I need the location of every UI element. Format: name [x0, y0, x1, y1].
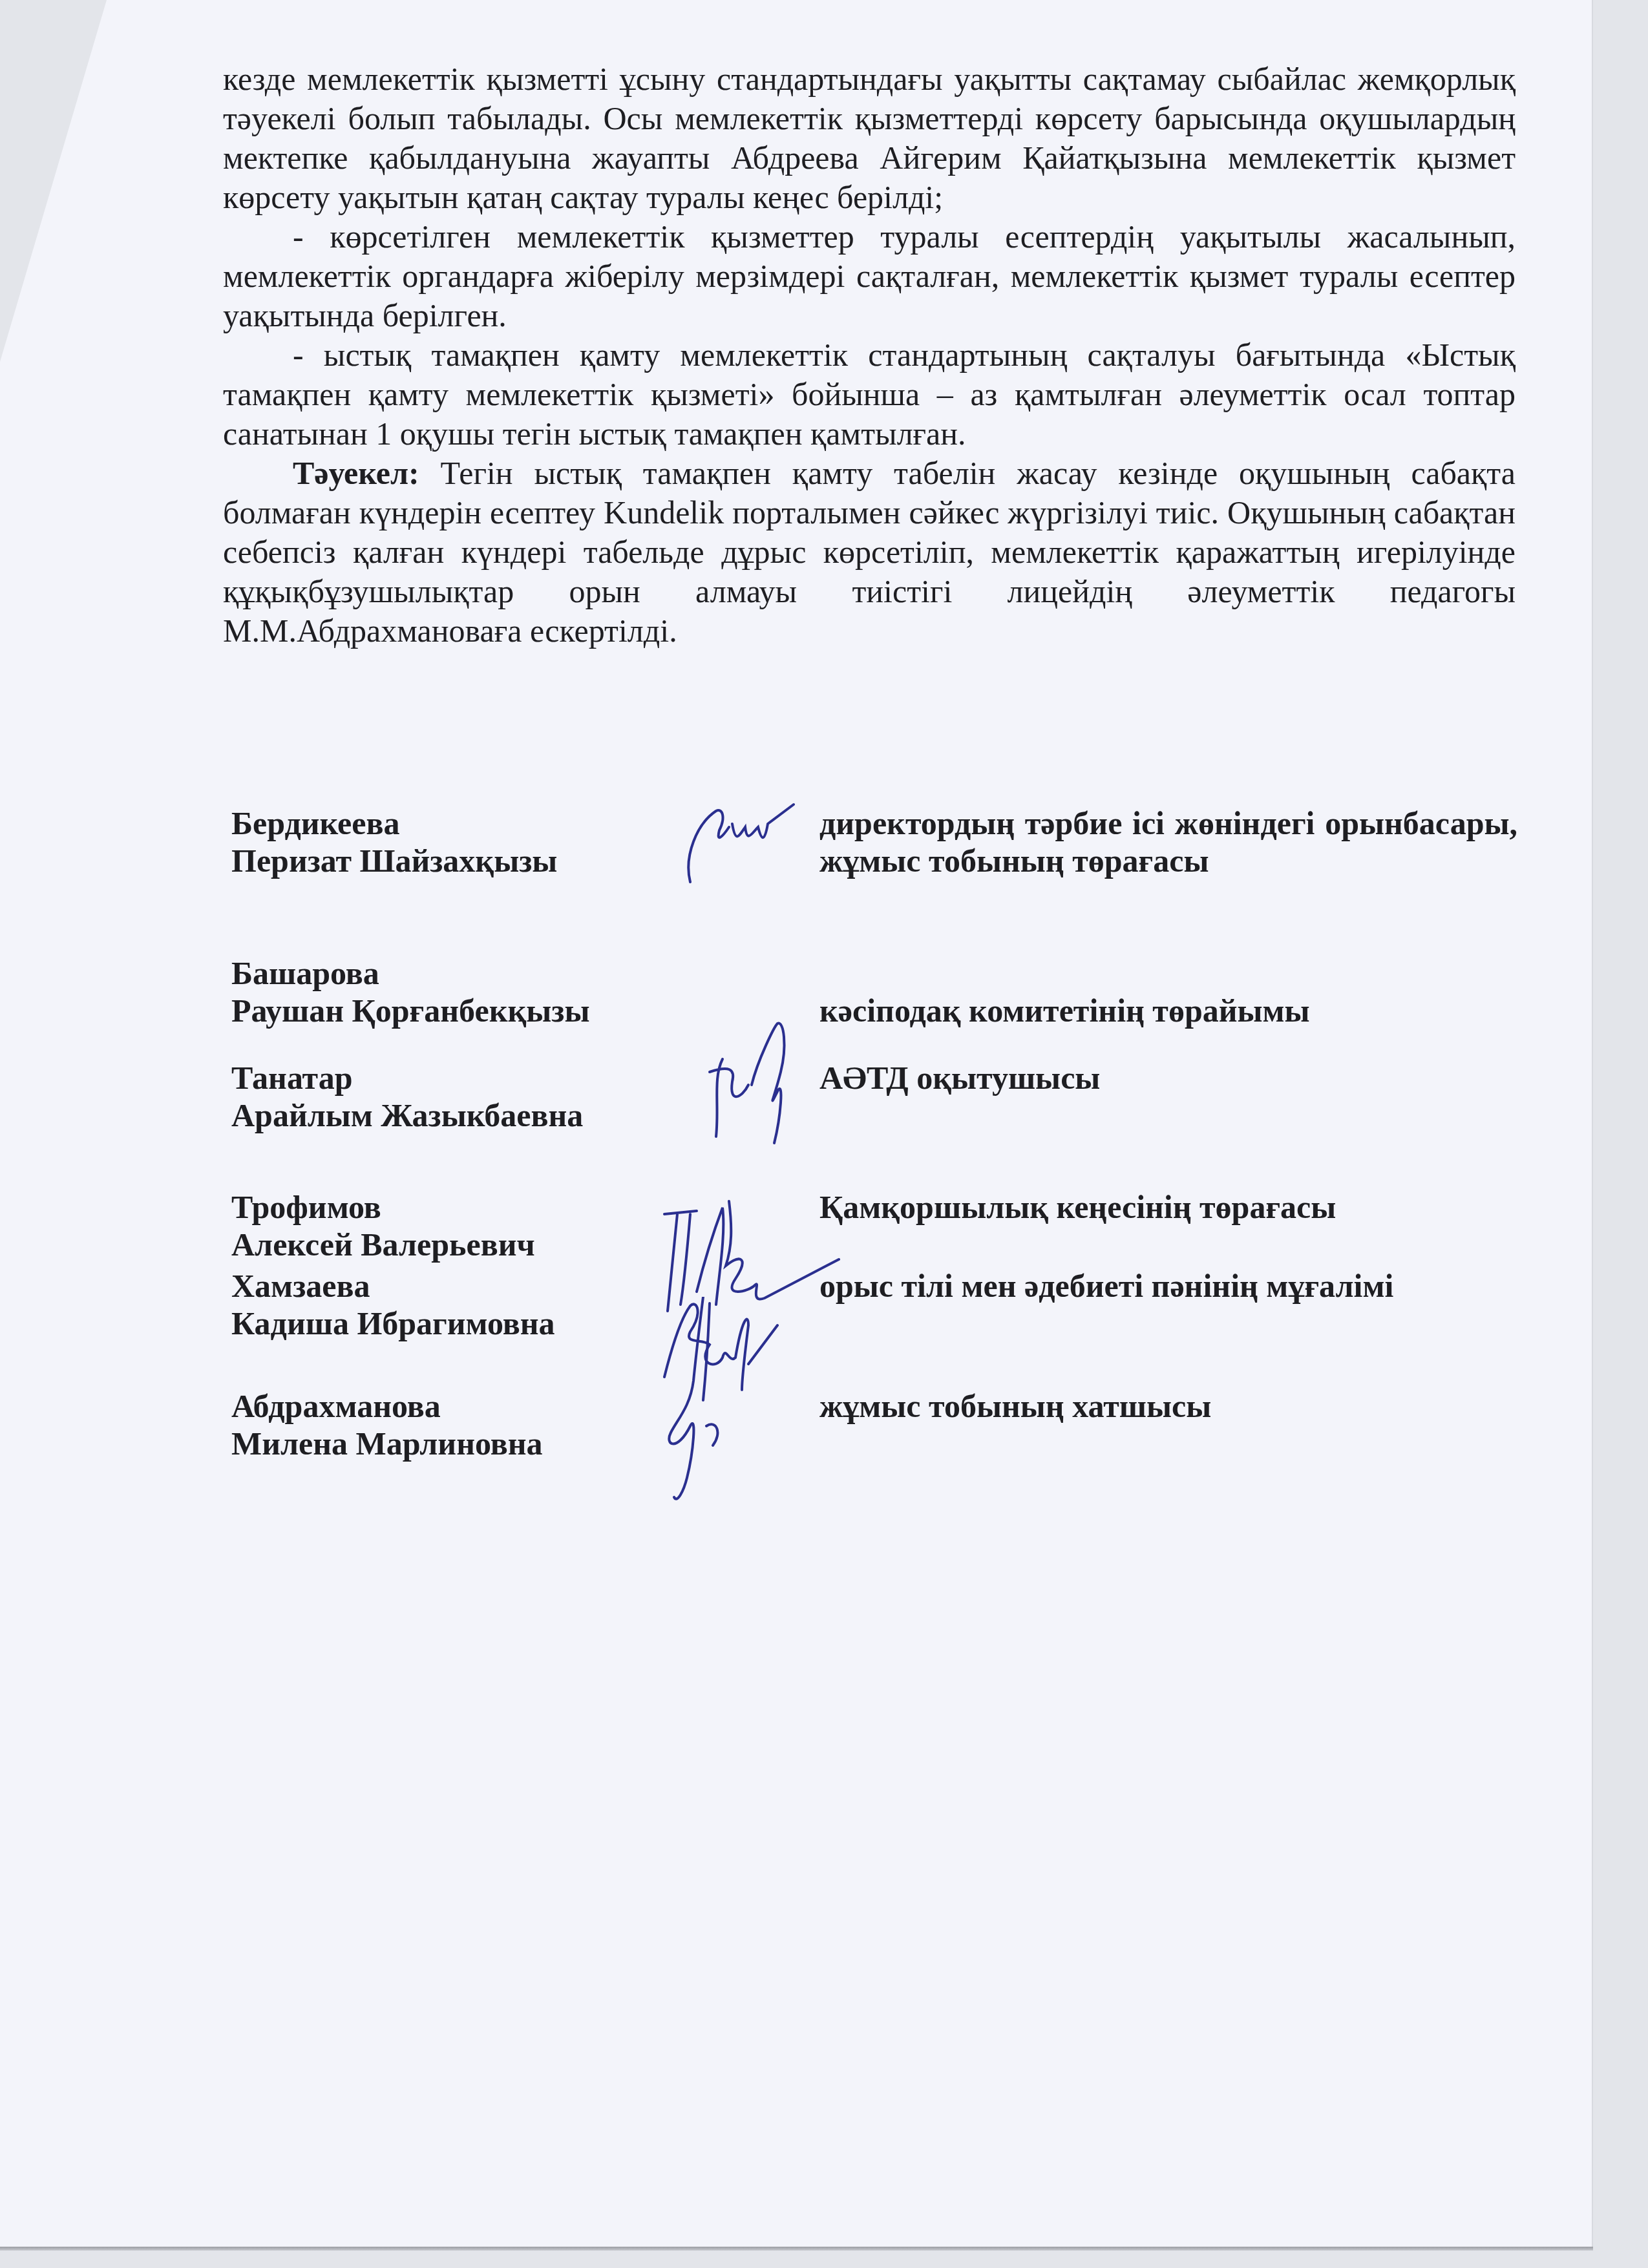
- signatory-role: АӘТД оқытушысы: [819, 1059, 1517, 1188]
- page-bottom-edge: [0, 2247, 1593, 2251]
- paragraph-hot-meals: - ыстық тамақпен қамту мемлекеттік станд…: [223, 335, 1516, 454]
- risk-label: Тәуекел:: [293, 455, 419, 491]
- signatory-given-name: Кадиша Ибрагимовна: [231, 1305, 832, 1342]
- signatory-role: директордың тәрбие ісі жөніндегі орынбас…: [819, 804, 1517, 954]
- signatories-block: Бердикеева Перизат Шайзахқызы директорды…: [231, 804, 1517, 1478]
- signatory-given-name: Перизат Шайзахқызы: [231, 842, 832, 879]
- signatory-row: Абдрахманова Милена Марлиновна жұмыс тоб…: [231, 1387, 1517, 1478]
- paragraph-risk: Тәуекел: Тегін ыстық тамақпен қамту табе…: [223, 454, 1516, 651]
- signatory-role: жұмыс тобының хатшысы: [819, 1387, 1517, 1478]
- signatory-surname: Абдрахманова: [231, 1387, 832, 1425]
- signatory-surname: Трофимов: [231, 1188, 832, 1226]
- signatory-given-name: Арайлым Жазыкбаевна: [231, 1097, 832, 1134]
- signatory-row: Башарова Раушан Қорғанбекқызы кәсіподақ …: [231, 954, 1517, 1059]
- signatory-given-name: Милена Марлиновна: [231, 1425, 832, 1462]
- signatory-row: Бердикеева Перизат Шайзахқызы директорды…: [231, 804, 1517, 954]
- paragraph-service-time-risk: кезде мемлекеттік қызметті ұсыну стандар…: [223, 59, 1516, 217]
- document-body: кезде мемлекеттік қызметті ұсыну стандар…: [223, 59, 1516, 651]
- signatory-role: Қамқоршылық кеңесінің төрағасы: [819, 1188, 1517, 1267]
- paragraph-reports: - көрсетілген мемлекеттік қызметтер тура…: [223, 217, 1516, 335]
- signatory-surname: Башарова: [231, 954, 832, 992]
- signatory-given-name: Раушан Қорғанбекқызы: [231, 992, 832, 1029]
- signatory-row: Танатар Арайлым Жазыкбаевна АӘТД оқытушы…: [231, 1059, 1517, 1188]
- signatory-row: Хамзаева Кадиша Ибрагимовна орыс тілі ме…: [231, 1267, 1517, 1387]
- signatory-surname: Хамзаева: [231, 1267, 832, 1305]
- signatory-role: орыс тілі мен әдебиеті пәнінің мұғалімі: [819, 1267, 1517, 1387]
- signatory-row: Трофимов Алексей Валерьевич Қамқоршылық …: [231, 1188, 1517, 1267]
- signatory-role: кәсіподақ комитетінің төрайымы: [819, 954, 1517, 1059]
- signatory-surname: Танатар: [231, 1059, 832, 1097]
- signatory-surname: Бердикеева: [231, 804, 832, 842]
- signatory-given-name: Алексей Валерьевич: [231, 1226, 832, 1263]
